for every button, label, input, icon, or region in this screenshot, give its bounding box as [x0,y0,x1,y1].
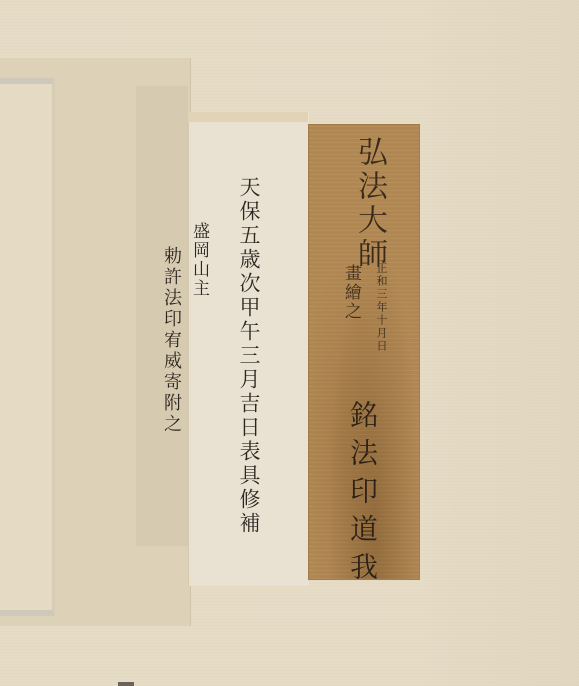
inscription-paper-edge [188,112,308,122]
label-title: 弘法大師 [354,136,384,272]
inscription-middle-column: 盛岡山主 [190,222,207,298]
inscription-main-column: 天保五歳次甲午三月吉日表具修補 [238,176,259,536]
label-subtitle: 畫繪之 [342,264,359,321]
label-signature: 銘法印道我 [348,400,376,590]
bottom-edge-mark [118,682,134,686]
label-date: 正和三年十月日 [376,262,387,353]
inscription-left-column: 勅許法印宥威寄附之 [162,246,180,435]
left-inner-border [0,78,55,616]
